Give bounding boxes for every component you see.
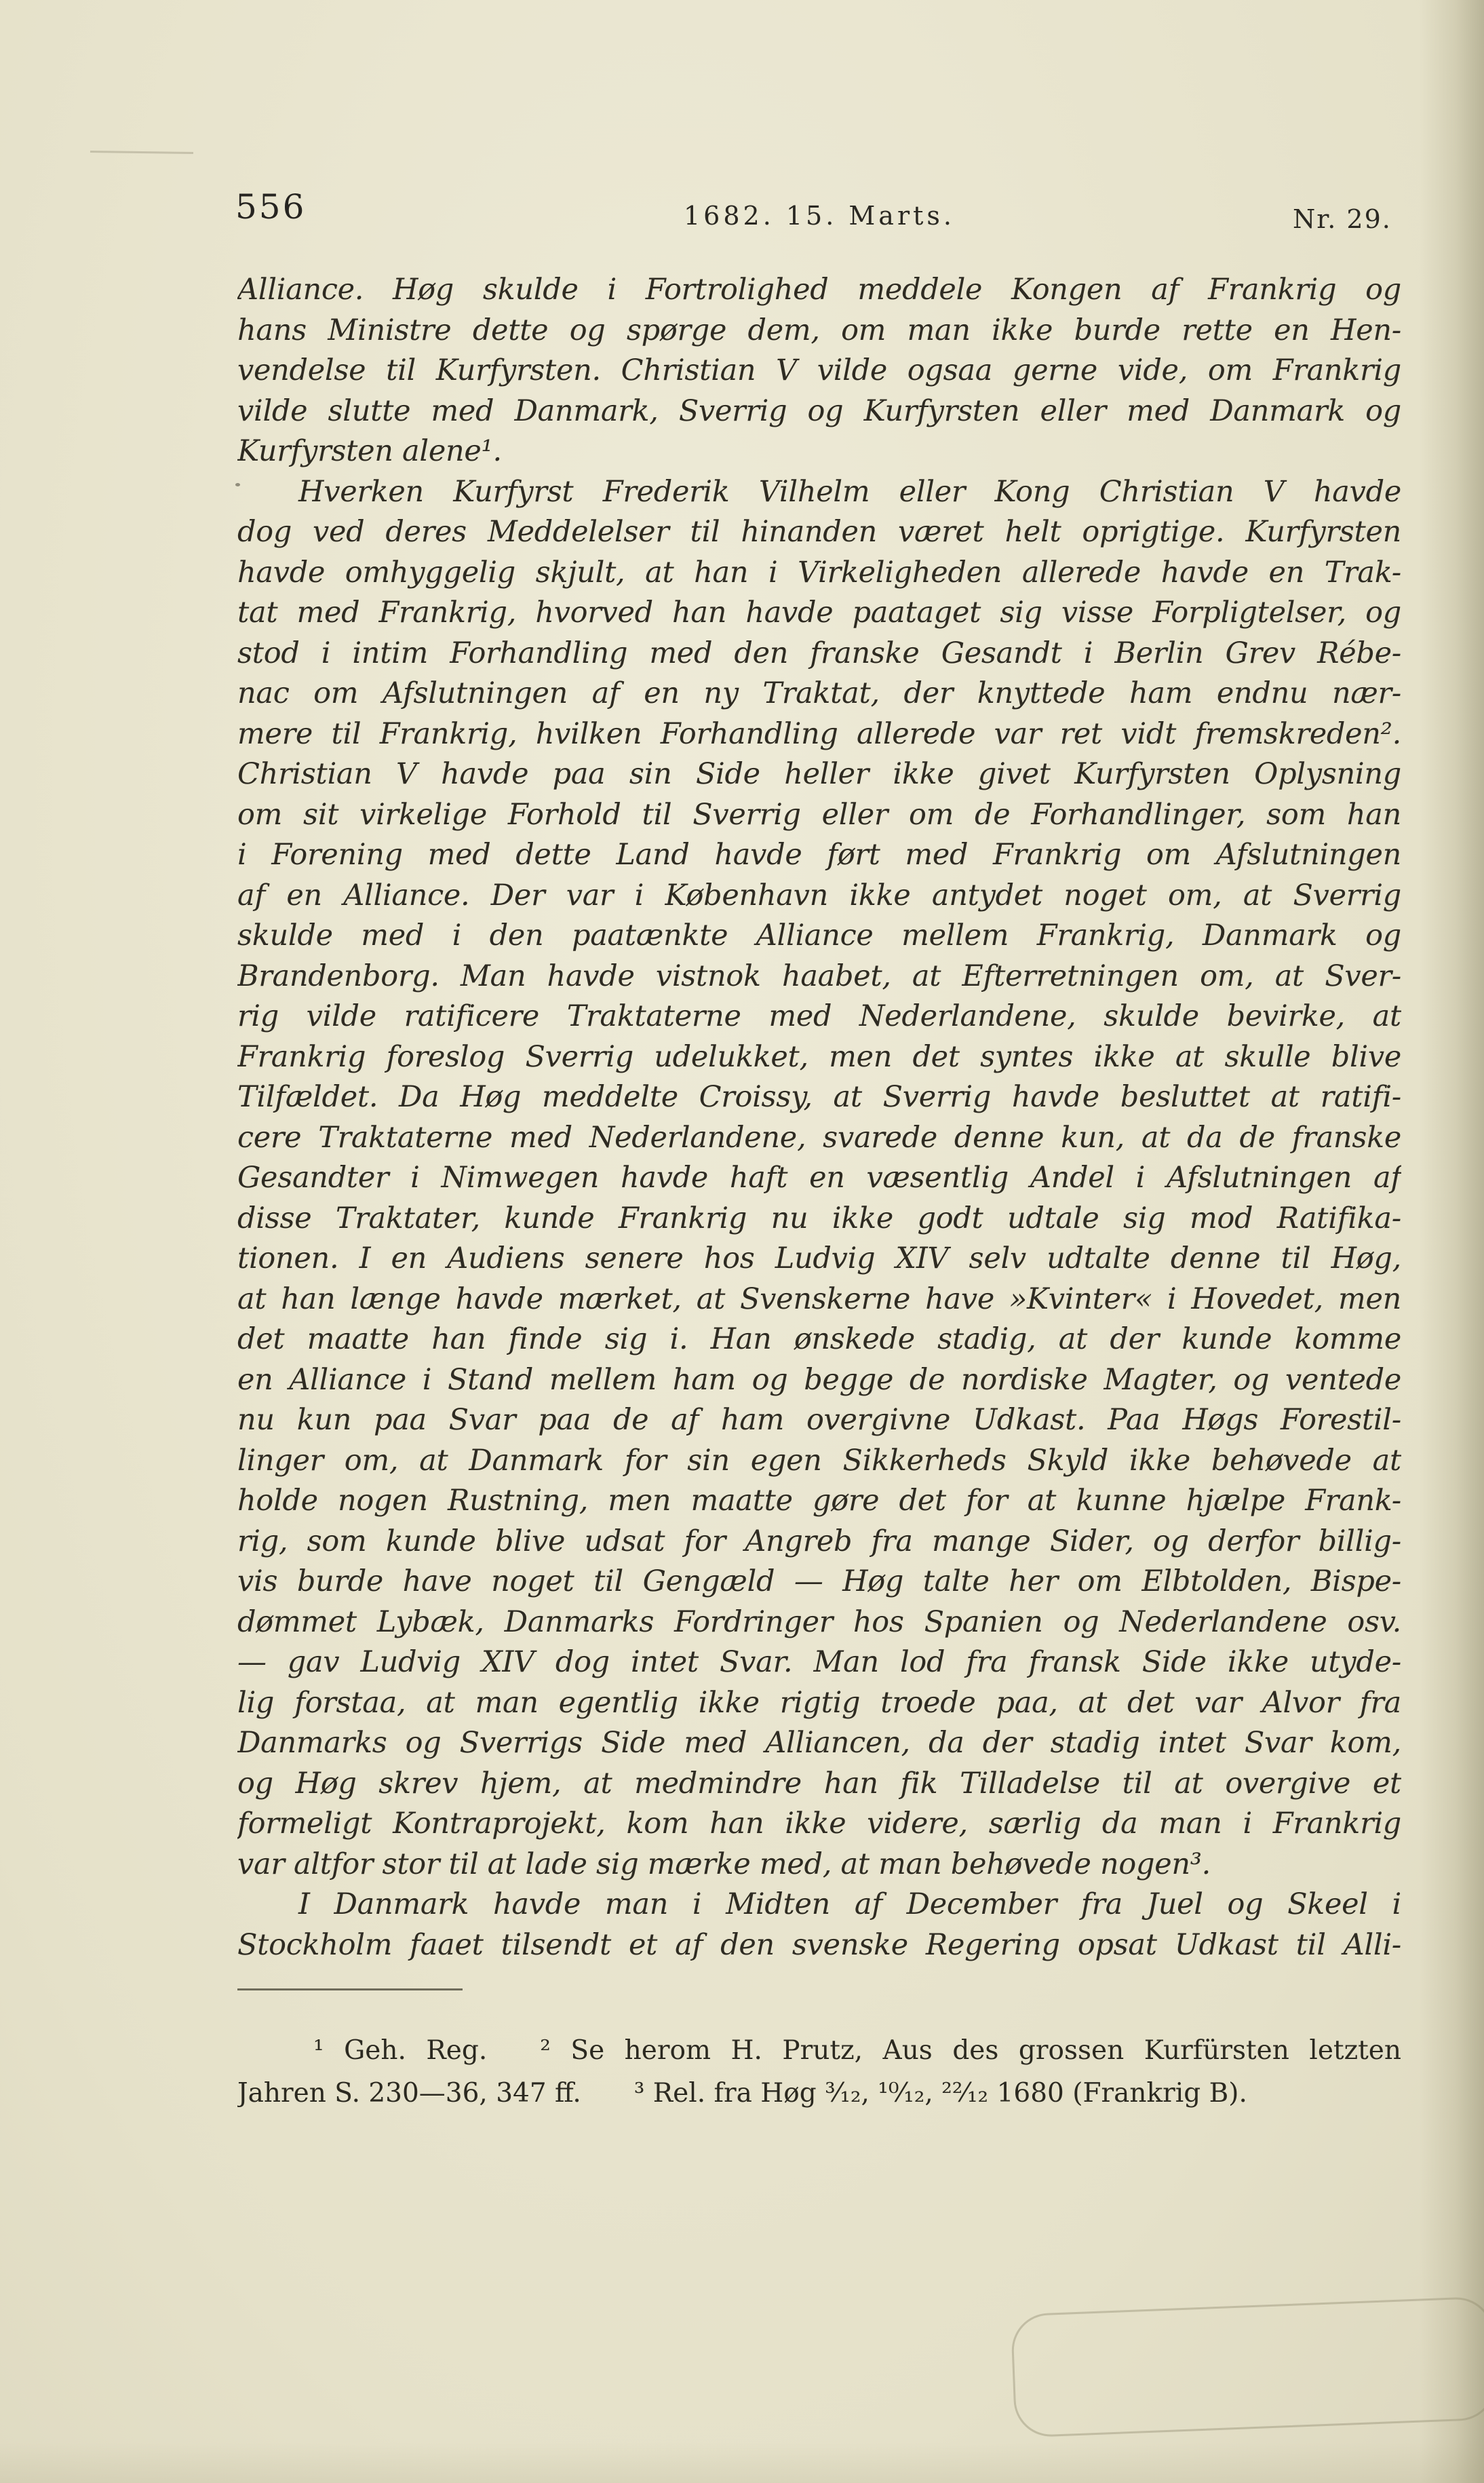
- text-line: Gesandter i Nimwegen havde haft en væsen…: [237, 1158, 1401, 1199]
- text-line: det maatte han finde sig i. Han ønskede …: [237, 1320, 1401, 1360]
- page-number: 556: [235, 187, 306, 227]
- text-line: dømmet Lybæk, Danmarks Fordringer hos Sp…: [237, 1602, 1401, 1643]
- text-line: af en Alliance. Der var i København ikke…: [237, 876, 1401, 917]
- text-line: at han længe havde mærket, at Svenskerne…: [237, 1279, 1401, 1320]
- text-line: — gav Ludvig XIV dog intet Svar. Man lod…: [237, 1642, 1401, 1683]
- text-line: Tilfældet. Da Høg meddelte Croissy, at S…: [237, 1077, 1401, 1118]
- text-line: en Alliance i Stand mellem ham og begge …: [237, 1360, 1401, 1401]
- text-line: Stockholm faaet tilsendt et af den svens…: [237, 1925, 1401, 1966]
- text-line: vendelse til Kurfyrsten. Christian V vil…: [237, 351, 1401, 391]
- text-line: og Høg skrev hjem, at medmindre han fik …: [237, 1764, 1401, 1805]
- text-line: Jahren S. 230—36, 347 ff. ³ Rel. fra Høg…: [237, 2072, 1401, 2115]
- text-line: tionen. I en Audiens senere hos Ludvig X…: [237, 1239, 1401, 1279]
- footnotes: ¹ Geh. Reg. ² Se herom H. Prutz, Aus des…: [237, 2029, 1401, 2115]
- text-line: nu kun paa Svar paa de af ham overgivne …: [237, 1400, 1401, 1441]
- text-line: formeligt Kontraprojekt, kom han ikke vi…: [237, 1804, 1401, 1845]
- text-line: havde omhyggelig skjult, at han i Virkel…: [237, 553, 1401, 594]
- header-document-number: Nr. 29.: [1293, 204, 1392, 234]
- page-edge-shadow-right: [1420, 0, 1484, 2483]
- footnote-separator-rule: [237, 1988, 463, 1990]
- text-line: tat med Frankrig, hvorved han havde paat…: [237, 593, 1401, 634]
- text-line: lig forstaa, at man egentlig ikke rigtig…: [237, 1683, 1401, 1724]
- text-line: holde nogen Rustning, men maatte gøre de…: [237, 1481, 1401, 1522]
- text-line: disse Traktater, kunde Frankrig nu ikke …: [237, 1199, 1401, 1239]
- text-line: Hverken Kurfyrst Frederik Vilhelm eller …: [237, 472, 1401, 513]
- text-line: dog ved deres Meddelelser til hinanden v…: [237, 512, 1401, 553]
- text-line: nac om Afslutningen af en ny Traktat, de…: [237, 674, 1401, 714]
- text-line: vis burde have noget til Gengæld — Høg t…: [237, 1562, 1401, 1602]
- text-line: I Danmark havde man i Midten af December…: [237, 1885, 1401, 1925]
- text-line: linger om, at Danmark for sin egen Sikke…: [237, 1441, 1401, 1482]
- text-line: Frankrig foreslog Sverrig udelukket, men…: [237, 1037, 1401, 1078]
- text-line: Alliance. Høg skulde i Fortrolighed medd…: [237, 270, 1401, 311]
- pencil-mark: [90, 151, 193, 154]
- text-line: stod i intim Forhandling med den franske…: [237, 634, 1401, 674]
- text-line: Brandenborg. Man havde vistnok haabet, a…: [237, 957, 1401, 997]
- text-line: i Forening med dette Land havde ført med…: [237, 835, 1401, 876]
- page-edge-shadow-bottom: [0, 2442, 1484, 2483]
- text-line: Christian V havde paa sin Side heller ik…: [237, 754, 1401, 795]
- text-line: var altfor stor til at lade sig mærke me…: [237, 1845, 1401, 1885]
- text-line: rig vilde ratificere Traktaterne med Ned…: [237, 997, 1401, 1037]
- text-line: cere Traktaterne med Nederlandene, svare…: [237, 1118, 1401, 1159]
- ink-speck: [235, 483, 240, 486]
- text-line: vilde slutte med Danmark, Sverrig og Kur…: [237, 391, 1401, 432]
- text-line: rig, som kunde blive udsat for Angreb fr…: [237, 1522, 1401, 1562]
- header-date: 1682. 15. Marts.: [684, 201, 955, 231]
- text-line: Danmarks og Sverrigs Side med Alliancen,…: [237, 1723, 1401, 1764]
- card-pocket-impression: [1011, 2296, 1484, 2438]
- text-line: Kurfyrsten alene¹.: [237, 431, 1401, 472]
- text-line: om sit virkelige Forhold til Sverrig ell…: [237, 795, 1401, 836]
- text-line: skulde med i den paatænkte Alliance mell…: [237, 916, 1401, 957]
- book-page-scan: 556 1682. 15. Marts. Nr. 29. Alliance. H…: [0, 0, 1484, 2483]
- text-line: ¹ Geh. Reg. ² Se herom H. Prutz, Aus des…: [237, 2029, 1401, 2072]
- text-line: mere til Frankrig, hvilken Forhandling a…: [237, 714, 1401, 755]
- body-text: Alliance. Høg skulde i Fortrolighed medd…: [237, 270, 1401, 1965]
- text-line: hans Ministre dette og spørge dem, om ma…: [237, 311, 1401, 351]
